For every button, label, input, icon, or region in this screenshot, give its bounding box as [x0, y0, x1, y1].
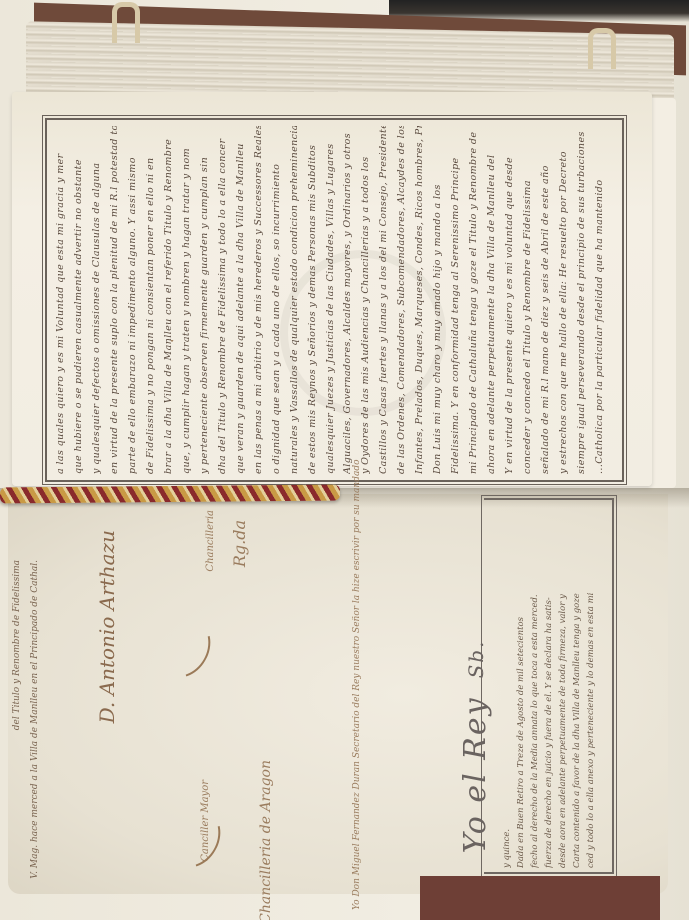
top-page-text-frame: ...Catholica por la particular fidelidad…	[45, 118, 624, 482]
manuscript-text-line: señalado de mi R.l mano de diez y seis d…	[540, 126, 551, 474]
manuscript-text-line: mi Principado de Cathaluña tenga y goze …	[468, 126, 479, 474]
royal-signature-text: Yo el Rey	[458, 696, 493, 853]
manuscript-text-line: en las penas a mi arbitrio y de mis here…	[253, 126, 264, 474]
signature-chancery: Chancilleria	[205, 510, 216, 572]
manuscript-text-line: que veran y guarden de aqui adelante a l…	[235, 126, 246, 474]
signature-antonio: D. Antonio Arthazu	[95, 530, 119, 723]
manuscript-text-line: de estos mis Reynos y Señorios y demas P…	[307, 126, 318, 474]
manuscript-text-line: que, y cumplir hagan y traten y nombren …	[181, 126, 192, 474]
decree-closing-line: fecho al derecho de la Media annata lo q…	[530, 504, 540, 868]
manuscript-text-line: de las Ordenes, Comendadores, Subcomenda…	[396, 126, 407, 474]
manuscript-text-line: y qualesquier defectos o omissiones de C…	[91, 126, 102, 474]
decree-closing-line: desde aora en adelante perpetuamente de …	[558, 504, 568, 868]
manuscript-text-line: qualesquier Juezes y Justicias de las Ci…	[325, 126, 336, 474]
signature-aragon: Chancilleria de Aragon	[258, 760, 274, 920]
manuscript-text-line: parte de ello embarazo ni impedimento al…	[127, 126, 138, 474]
bottom-page-text-frame: ced y todo lo a ella anexo y pertenecien…	[484, 498, 614, 874]
book-cover-bottom	[420, 876, 660, 920]
manuscript-text-line: o dignidad que sean y a cada uno de ello…	[271, 126, 282, 474]
signature-registered: Rg.da	[230, 520, 249, 567]
decree-closing-line: Carta contenido a favor de la dha Villa …	[572, 504, 582, 868]
manuscript-text-line: Y en virtud de la presente quiero y es m…	[504, 126, 515, 474]
bottom-notation-line-1: V. Mag. hace merced a la Villa de Manlle…	[30, 560, 40, 879]
binding-tie-left	[112, 2, 140, 43]
manuscript-text-line: Castillos y Casas fuertes y llanas y a l…	[378, 126, 389, 474]
manuscript-text-line: siempre igual perseverando desde el prin…	[576, 126, 587, 474]
top-page-text-block: ...Catholica por la particular fidelidad…	[55, 126, 614, 474]
manuscript-text-line: ahora en adelante perpetuamente la dha V…	[486, 126, 497, 474]
bottom-notation-line-2: del Titulo y Renombre de Fidelissima	[12, 560, 22, 730]
manuscript-text-line: ...Catholica por la particular fidelidad…	[594, 126, 605, 474]
manuscript-text-line: a las quales quiero y es mi Voluntad que…	[55, 126, 66, 474]
manuscript-text-line: Infantes, Prelados, Duques, Marqueses, C…	[414, 126, 425, 474]
manuscript-text-line: dha del Titulo y Renombre de Fidelissima…	[217, 126, 228, 474]
manuscript-text-line: de Fidelissima y no pongan ni consientan…	[145, 126, 156, 474]
decree-closing-line: fuerza de derecho en juicio y fuera de e…	[544, 504, 554, 868]
manuscript-text-line: y estrechos con que me hallo de ella: He…	[558, 126, 569, 474]
manuscript-text-line: conceder y concedo el Titulo y Renombre …	[522, 126, 533, 474]
manuscript-text-line: Alguaciles, Governadores, Alcaldes mayor…	[342, 126, 353, 474]
manuscript-text-line: naturales y Vassallos de qualquier estad…	[289, 126, 300, 474]
decree-closing-line: y quince.	[502, 504, 512, 868]
royal-signature: Yo el Rey Sb.	[458, 640, 493, 853]
countersign-line: Yo Don Miguel Fernandez Duran Secretario…	[352, 500, 362, 910]
bookmark-cord[interactable]	[0, 485, 340, 504]
manuscript-text-line: Fidelissima. Y en conformidad tenga al S…	[450, 126, 461, 474]
manuscript-text-line: y perteneciente observen firmemente guar…	[199, 126, 210, 474]
signature-flourish	[170, 340, 174, 344]
binding-tie-right	[588, 28, 616, 69]
manuscript-text-line: brar a la dha Villa de Manlleu con el re…	[163, 126, 174, 474]
decree-closing-line: ced y todo lo a ella anexo y pertenecien…	[586, 504, 596, 868]
bottom-page-text-block: ced y todo lo a ella anexo y pertenecien…	[490, 504, 606, 868]
manuscript-text-line: Don Luis mi muy charo y muy amado hijo y…	[432, 126, 443, 474]
manuscript-text-line: que hubiere o se pudieren casualmente ad…	[73, 126, 84, 474]
royal-signature-suffix: Sb.	[464, 640, 488, 679]
decree-closing-line: Dada en Buen Retiro a Treze de Agosto de…	[516, 504, 526, 868]
manuscript-text-line: y Oydores de las mis Audiencias y Chanci…	[360, 126, 371, 474]
manuscript-text-line: en virtud de la presente suplo con la pl…	[109, 126, 120, 474]
